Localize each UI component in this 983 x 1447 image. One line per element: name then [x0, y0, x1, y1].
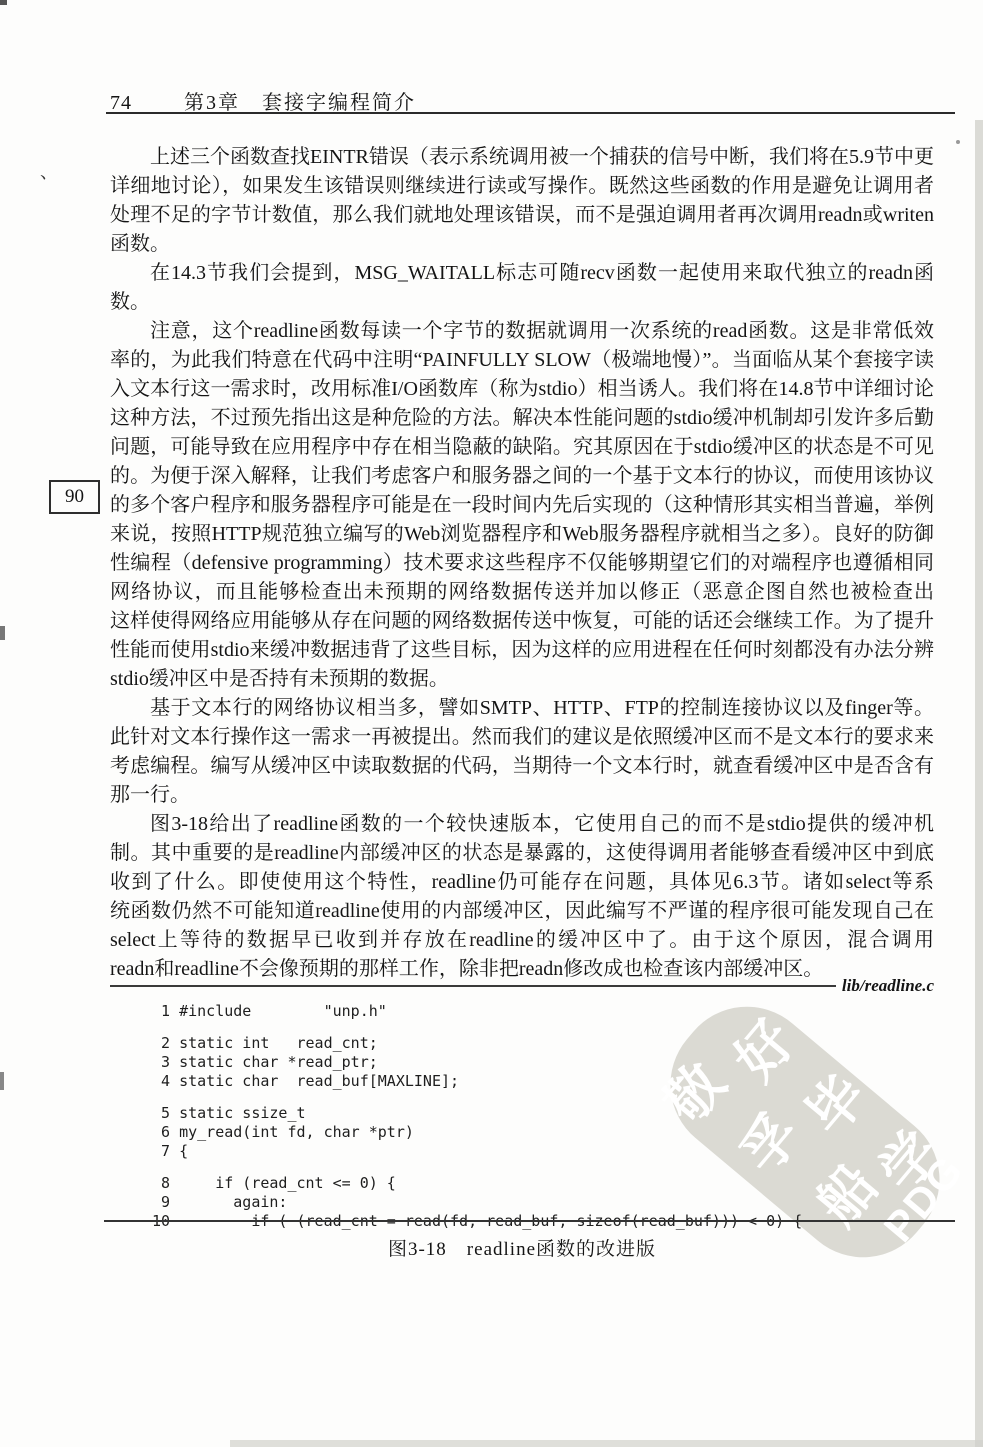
- text-line: 注意，这个readline函数每读一个字节的数据就调用一次系统的read函数。这…: [110, 317, 934, 346]
- chapter-title: 第3章 套接字编程简介: [184, 92, 416, 114]
- text-line: [152, 1161, 934, 1174]
- header-rule: [106, 112, 955, 114]
- text-line: 那一行。: [110, 781, 934, 810]
- listing-header: lib/readline.c: [110, 976, 934, 996]
- text-line: 问题，可能导致在应用程序中存在相当隐蔽的缺陷。究其原因在于stdio缓冲区的状态…: [110, 433, 934, 462]
- scan-page-edge: [975, 120, 983, 1447]
- text-line: 处理不足的字节计数值，那么我们就地处理该错误，而不是强迫调用者再次调用readn…: [110, 201, 934, 230]
- text-line: 8 if (read_cnt <= 0) {: [152, 1174, 934, 1193]
- text-line: [152, 1091, 934, 1104]
- figure-caption: 图3-18 readline函数的改进版: [110, 1234, 934, 1261]
- text-line: 入文本行这一需求时，改用标准I/O函数库（称为stdio）相当诱人。我们将在14…: [110, 375, 934, 404]
- margin-page-marker: 90: [49, 480, 100, 514]
- text-line: 收到了什么。即使使用这个特性，readline仍可能存在问题，具体见6.3节。诸…: [110, 868, 934, 897]
- listing-top-rule: [110, 985, 836, 987]
- body-text: 上述三个函数查找EINTR错误（表示系统调用被一个捕获的信号中断，我们将在5.9…: [110, 143, 934, 984]
- text-line: 的。为便于深入解释，让我们考虑客户和服务器之间的一个基于文本行的协议，而使用该协…: [110, 462, 934, 491]
- text-line: 这种方法，不过预先指出这是种危险的方法。解决本性能问题的stdio缓冲机制却引发…: [110, 404, 934, 433]
- text-line: 4 static char read_buf[MAXLINE];: [152, 1072, 934, 1091]
- text-line: 9 again:: [152, 1193, 934, 1212]
- text-line: [152, 1021, 934, 1034]
- text-line: 数。: [110, 288, 934, 317]
- text-line: 来说，按照HTTP规范独立编写的Web浏览器程序和Web服务器程序就相当之多）。…: [110, 520, 934, 549]
- page-header: 74 第3章 套接字编程简介: [110, 86, 955, 115]
- scan-speck: [956, 140, 960, 144]
- text-line: 这样使得网络应用能够从存在问题的网络数据传送中恢复，可能的话还会继续工作。为了提…: [110, 607, 934, 636]
- book-page: 74 第3章 套接字编程简介 90 上述三个函数查找EINTR错误（表示系统调用…: [0, 0, 983, 1447]
- text-line: 此针对文本行操作这一需求一再被提出。然而我们的建议是依照缓冲区而不是文本行的要求…: [110, 723, 934, 752]
- text-line: 5 static ssize_t: [152, 1104, 934, 1123]
- listing-bottom-rule: [104, 1220, 955, 1222]
- code-listing-section: lib/readline.c 1 #include "unp.h" 2 stat…: [110, 976, 934, 1231]
- text-line: 制。其中重要的是readline内部缓冲区的状态是暴露的，这使得调用者能够查看缓…: [110, 839, 934, 868]
- text-line: 3 static char *read_ptr;: [152, 1053, 934, 1072]
- text-line: 率的，为此我们特意在代码中注明“PAINFULLY SLOW（极端地慢）”。当面…: [110, 346, 934, 375]
- code-listing: 1 #include "unp.h" 2 static int read_cnt…: [152, 1002, 934, 1231]
- body-paragraph-3: 注意，这个readline函数每读一个字节的数据就调用一次系统的read函数。这…: [110, 317, 934, 694]
- scan-speck: [0, 1072, 4, 1090]
- text-line: 性能而使用stdio来缓冲数据违背了这些目标，因为这样的应用进程在任何时刻都没有…: [110, 636, 934, 665]
- text-line: 统函数仍然不可能知道readline使用的内部缓冲区，因此编写不严谨的程序很可能…: [110, 897, 934, 926]
- text-line: 详细地讨论），如果发生该错误则继续进行读或写操作。既然这些函数的作用是避免让调用…: [110, 172, 934, 201]
- scan-stray-mark: 、: [40, 158, 58, 184]
- text-line: 7 {: [152, 1142, 934, 1161]
- source-file-label: lib/readline.c: [842, 976, 934, 996]
- text-line: stdio缓冲区中是否持有未预期的数据。: [110, 665, 934, 694]
- text-line: 网络协议，而且能够检查出未预期的网络数据传送并加以修正（恶意企图自然也被检查出来…: [110, 578, 934, 607]
- text-line: 考虑编程。编写从缓冲区中读取数据的代码，当期待一个文本行时，就查看缓冲区中是否含…: [110, 752, 934, 781]
- body-paragraph-2: 在14.3节我们会提到，MSG_WAITALL标志可随recv函数一起使用来取代…: [110, 259, 934, 317]
- text-line: 基于文本行的网络协议相当多，譬如SMTP、HTTP、FTP的控制连接协议以及fi…: [110, 694, 934, 723]
- body-paragraph-4: 基于文本行的网络协议相当多，譬如SMTP、HTTP、FTP的控制连接协议以及fi…: [110, 694, 934, 810]
- text-line: 2 static int read_cnt;: [152, 1034, 934, 1053]
- text-line: 性编程（defensive programming）技术要求这些程序不仅能够期望…: [110, 549, 934, 578]
- text-line: select上等待的数据早已收到并存放在readline的缓冲区中了。由于这个原…: [110, 926, 934, 955]
- text-line: 上述三个函数查找EINTR错误（表示系统调用被一个捕获的信号中断，我们将在5.9…: [110, 143, 934, 172]
- scan-speck: [0, 626, 5, 640]
- text-line: 1 #include "unp.h": [152, 1002, 934, 1021]
- page-number: 74: [110, 92, 132, 114]
- body-paragraph-1: 上述三个函数查找EINTR错误（表示系统调用被一个捕获的信号中断，我们将在5.9…: [110, 143, 934, 259]
- text-line: 的多个客户程序和服务器程序可能是在一段时间内先后实现的（这种情形其实相当普遍，举…: [110, 491, 934, 520]
- scan-speck: [0, 0, 7, 5]
- text-line: 6 my_read(int fd, char *ptr): [152, 1123, 934, 1142]
- text-line: 图3-18给出了readline函数的一个较快速版本，它使用自己的而不是stdi…: [110, 810, 934, 839]
- body-paragraph-5: 图3-18给出了readline函数的一个较快速版本，它使用自己的而不是stdi…: [110, 810, 934, 984]
- text-line: 函数。: [110, 230, 934, 259]
- text-line: 在14.3节我们会提到，MSG_WAITALL标志可随recv函数一起使用来取代…: [110, 259, 934, 288]
- scan-page-edge: [230, 1440, 983, 1447]
